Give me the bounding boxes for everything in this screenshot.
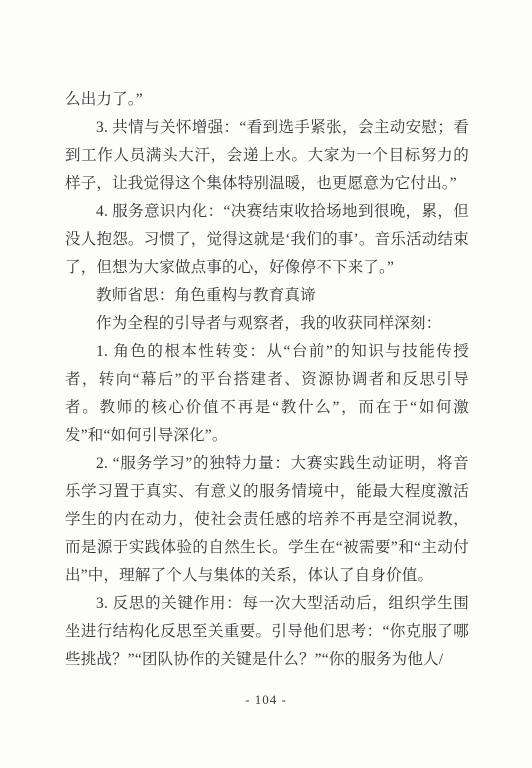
paragraph-item-4-service: 4. 服务意识内化：“决赛结束收拾场地到很晚，累，但没人抱怨。习惯了，觉得这就是…	[65, 198, 469, 282]
section-heading-teacher-reflection: 教师省思：角色重构与教育真谛	[65, 282, 469, 310]
document-page: 么出力了。” 3. 共情与关怀增强：“看到选手紧张，会主动安慰；看到工作人员满头…	[0, 0, 532, 768]
paragraph-intro: 作为全程的引导者与观察者，我的收获同样深刻：	[65, 310, 469, 338]
paragraph-item-3-empathy: 3. 共情与关怀增强：“看到选手紧张，会主动安慰；看到工作人员满头大汗，会递上水…	[65, 114, 469, 198]
paragraph-point-3-reflection: 3. 反思的关键作用：每一次大型活动后，组织学生围坐进行结构化反思至关重要。引导…	[65, 590, 469, 674]
paragraph-point-1-role-change: 1. 角色的根本性转变：从“台前”的知识与技能传授者，转向“幕后”的平台搭建者、…	[65, 338, 469, 450]
page-number: - 104 -	[0, 692, 532, 708]
paragraph-point-2-service-learning: 2. “服务学习”的独特力量：大赛实践生动证明，将音乐学习置于真实、有意义的服务…	[65, 450, 469, 590]
paragraph-continuation: 么出力了。”	[65, 86, 469, 114]
text-block: 么出力了。” 3. 共情与关怀增强：“看到选手紧张，会主动安慰；看到工作人员满头…	[65, 86, 469, 674]
